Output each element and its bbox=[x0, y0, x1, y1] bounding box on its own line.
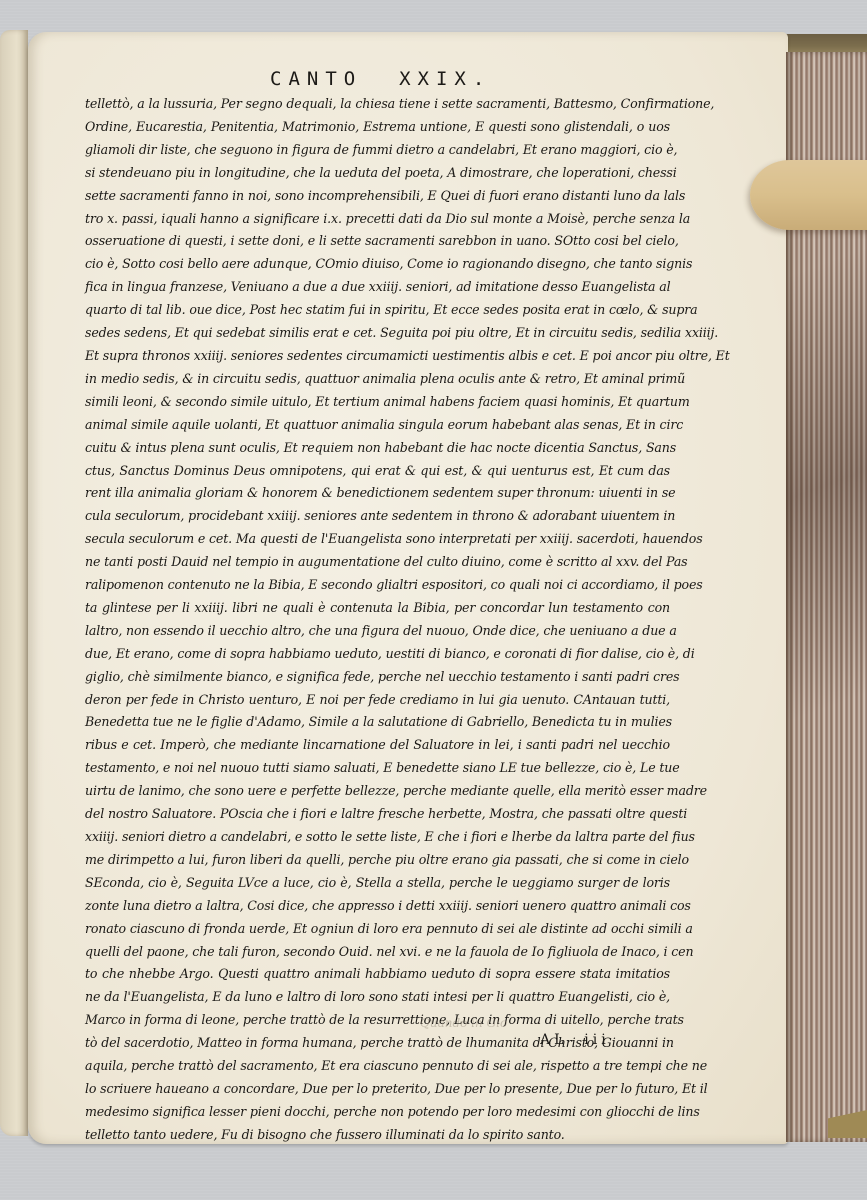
text-line: lo scriuere haueano a concordare, Due pe… bbox=[85, 1078, 670, 1101]
text-line: simili leoni, & secondo simile uitulo, E… bbox=[85, 391, 670, 414]
text-line: Et supra thronos xxiiij. seniores sedent… bbox=[85, 345, 670, 368]
text-line: rent illa animalia gloriam & honorem & b… bbox=[85, 482, 670, 505]
text-line: ralipomenon contenuto ne la Bibia, E sec… bbox=[85, 574, 670, 597]
text-line: medesimo significa lesser pieni docchi, … bbox=[85, 1101, 670, 1124]
text-line: osseruatione di questi, i sette doni, e … bbox=[85, 230, 670, 253]
signature-mark: AL iii bbox=[540, 1032, 610, 1048]
text-line-final: telletto tanto uedere, Fu di bisogno che… bbox=[85, 1124, 670, 1147]
text-line: ne tanti posti Dauid nel tempio in augum… bbox=[85, 551, 670, 574]
text-line: cula seculorum, procidebant xxiiij. seni… bbox=[85, 505, 670, 528]
text-line: cuitu & intus plena sunt oculis, Et requ… bbox=[85, 437, 670, 460]
holding-finger bbox=[750, 160, 867, 230]
text-line: deron per fede in Christo uenturo, E noi… bbox=[85, 689, 670, 712]
text-line: quelli del paone, che tali furon, second… bbox=[85, 941, 670, 964]
text-line: testamento, e noi nel nuouo tutti siamo … bbox=[85, 757, 670, 780]
text-line: sette sacramenti fanno in noi, sono inco… bbox=[85, 185, 670, 208]
text-line: tellettò, a la lussuria, Per segno dequa… bbox=[85, 93, 670, 116]
text-line: in medio sedis, & in circuitu sedis, qua… bbox=[85, 368, 670, 391]
text-line: sedes sedens, Et qui sedebat similis era… bbox=[85, 322, 670, 345]
running-head: CANTO XXIX. bbox=[270, 68, 530, 90]
body-text: tellettò, a la lussuria, Per segno dequa… bbox=[85, 93, 670, 1147]
text-line: zonte luna dietro a laltra, Cosi dice, c… bbox=[85, 895, 670, 918]
text-line: Ordine, Eucarestia, Penitentia, Matrimon… bbox=[85, 116, 670, 139]
text-line: ne da l'Euangelista, E da luno e laltro … bbox=[85, 986, 670, 1009]
text-line: del nostro Saluatore. POscia che i fiori… bbox=[85, 803, 670, 826]
text-line: tro x. passi, iquali hanno a significare… bbox=[85, 208, 670, 231]
text-line: ribus e cet. Imperò, che mediante lincar… bbox=[85, 734, 670, 757]
text-line: ta glintese per li xxiiij. libri ne qual… bbox=[85, 597, 670, 620]
text-line: Marco in forma di leone, perche trattò d… bbox=[85, 1009, 670, 1032]
text-line: fica in lingua franzese, Veniuano a due … bbox=[85, 276, 670, 299]
text-line: animal simile aquile uolanti, Et quattuo… bbox=[85, 414, 670, 437]
text-line: SEconda, cio è, Seguita LVce a luce, cio… bbox=[85, 872, 670, 895]
text-line: me dirimpetto a lui, furon liberi da que… bbox=[85, 849, 670, 872]
text-line: ctus, Sanctus Dominus Deus omnipotens, q… bbox=[85, 460, 670, 483]
text-line: secula seculorum e cet. Ma questi de l'E… bbox=[85, 528, 670, 551]
facing-page-edge bbox=[0, 30, 28, 1136]
text-line: cio è, Sotto cosi bello aere adunque, CO… bbox=[85, 253, 670, 276]
text-line: ronato ciascuno di fronda uerde, Et ogni… bbox=[85, 918, 670, 941]
text-line: laltro, non essendo il uecchio altro, ch… bbox=[85, 620, 670, 643]
text-line: gliamoli dir liste, che seguono in figur… bbox=[85, 139, 670, 162]
text-line: Benedetta tue ne le figlie d'Adamo, Simi… bbox=[85, 711, 670, 734]
text-line: giglio, chè similmente bianco, e signifi… bbox=[85, 666, 670, 689]
text-line: to che nhebbe Argo. Questi quattro anima… bbox=[85, 963, 670, 986]
text-line: aquila, perche trattò del sacramento, Et… bbox=[85, 1055, 670, 1078]
text-line: quarto di tal lib. oue dice, Post hec st… bbox=[85, 299, 670, 322]
text-line: si stendeuano piu in longitudine, che la… bbox=[85, 162, 670, 185]
text-line: xxiiij. seniori dietro a candelabri, e s… bbox=[85, 826, 670, 849]
text-line: due, Et erano, come di sopra habbiamo ue… bbox=[85, 643, 670, 666]
text-line: uirtu de lanimo, che sono uere e perfett… bbox=[85, 780, 670, 803]
show-through-text: Quando in Gio bbox=[420, 1016, 540, 1034]
